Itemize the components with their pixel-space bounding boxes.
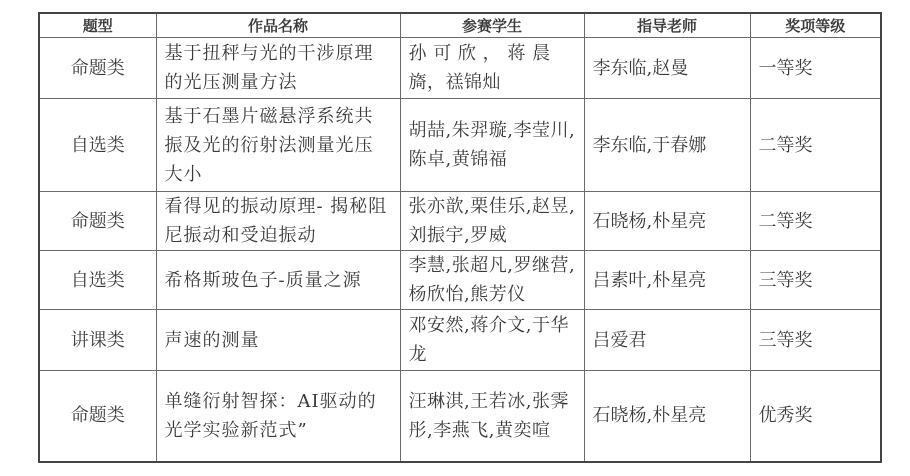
cell-teachers: 吕素叶,朴星亮 <box>584 251 750 310</box>
cell-students: 张亦歆,栗佳乐,赵昱,刘振宇,罗威 <box>400 192 584 251</box>
cell-award: 二等奖 <box>750 192 881 251</box>
cell-award: 三等奖 <box>750 310 881 371</box>
table-row: 自选类 基于石墨片磁悬浮系统共振及光的衍射法测量光压大小 胡喆,朱羿璇,李莹川,… <box>39 99 881 192</box>
cell-teachers: 李东临,于春娜 <box>584 99 750 192</box>
table-row: 自选类 希格斯玻色子-质量之源 李慧,张超凡,罗继营,杨欣怡,熊芳仪 吕素叶,朴… <box>39 251 881 310</box>
table-row: 命题类 单缝衍射智探：AI驱动的光学实验新范式” 汪琳淇,王若冰,张霁彤,李燕飞… <box>39 371 881 462</box>
cell-award: 一等奖 <box>750 38 881 99</box>
cell-type: 命题类 <box>39 38 156 99</box>
cell-students: 胡喆,朱羿璇,李莹川,陈卓,黄锦福 <box>400 99 584 192</box>
cell-type: 命题类 <box>39 192 156 251</box>
cell-students: 汪琳淇,王若冰,张霁彤,李燕飞,黄奕喧 <box>400 371 584 462</box>
cell-type: 自选类 <box>39 251 156 310</box>
cell-teachers: 石晓杨,朴星亮 <box>584 371 750 462</box>
header-award: 奖项等级 <box>750 13 881 38</box>
cell-award: 优秀奖 <box>750 371 881 462</box>
awards-table: 题型 作品名称 参赛学生 指导老师 奖项等级 命题类 基于扭秤与光的干涉原理的光… <box>38 12 882 463</box>
table-row: 讲课类 声速的测量 邓安然,蒋介文,于华龙 吕爱君 三等奖 <box>39 310 881 371</box>
cell-students: 李慧,张超凡,罗继营,杨欣怡,熊芳仪 <box>400 251 584 310</box>
cell-title: 基于石墨片磁悬浮系统共振及光的衍射法测量光压大小 <box>156 99 400 192</box>
cell-type: 命题类 <box>39 371 156 462</box>
cell-title: 单缝衍射智探：AI驱动的光学实验新范式” <box>156 371 400 462</box>
cell-title: 基于扭秤与光的干涉原理的光压测量方法 <box>156 38 400 99</box>
cell-students: 孙 可 欣 ， 蒋 晨旖，禚锦灿 <box>400 38 584 99</box>
cell-students: 邓安然,蒋介文,于华龙 <box>400 310 584 371</box>
cell-award: 三等奖 <box>750 251 881 310</box>
cell-type: 讲课类 <box>39 310 156 371</box>
cell-teachers: 李东临,赵曼 <box>584 38 750 99</box>
table-row: 命题类 看得见的振动原理- 揭秘阻尼振动和受迫振动 张亦歆,栗佳乐,赵昱,刘振宇… <box>39 192 881 251</box>
header-teachers: 指导老师 <box>584 13 750 38</box>
cell-title: 看得见的振动原理- 揭秘阻尼振动和受迫振动 <box>156 192 400 251</box>
cell-title: 声速的测量 <box>156 310 400 371</box>
table-row: 命题类 基于扭秤与光的干涉原理的光压测量方法 孙 可 欣 ， 蒋 晨旖，禚锦灿 … <box>39 38 881 99</box>
header-row: 题型 作品名称 参赛学生 指导老师 奖项等级 <box>39 13 881 38</box>
cell-award: 二等奖 <box>750 99 881 192</box>
cell-teachers: 吕爱君 <box>584 310 750 371</box>
cell-teachers: 石晓杨,朴星亮 <box>584 192 750 251</box>
cell-title: 希格斯玻色子-质量之源 <box>156 251 400 310</box>
cell-type: 自选类 <box>39 99 156 192</box>
header-title: 作品名称 <box>156 13 400 38</box>
header-students: 参赛学生 <box>400 13 584 38</box>
header-type: 题型 <box>39 13 156 38</box>
